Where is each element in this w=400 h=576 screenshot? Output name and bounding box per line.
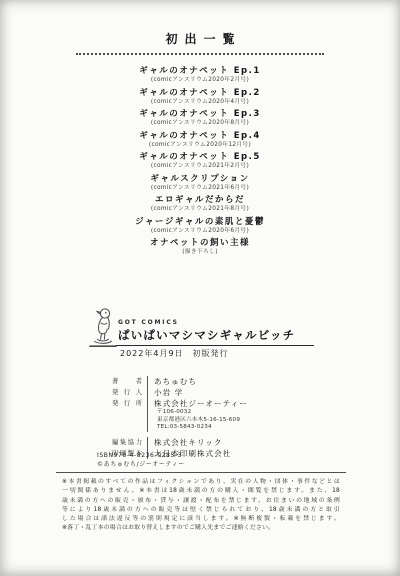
credit-subline: TEL:03-5843-0234 <box>154 424 248 432</box>
work-source: (comicアンスリウム2020年4月号) <box>0 98 400 106</box>
legal-text-line: 一切関係ありません。※本書は18歳未満の方の購入・閲覧を禁じます。また、18 <box>62 487 340 496</box>
list-item: ギャルのオナペット Ep.5 (comicアンスリウム2021年2月号) <box>0 152 400 170</box>
credit-value: 株式会社ジーオーティー <box>154 398 248 409</box>
dotted-divider <box>76 53 324 55</box>
isbn-number: ISBN978-4-8236-0285-3 <box>97 452 185 461</box>
work-title: ギャルのオナペット Ep.3 <box>0 109 400 119</box>
credit-sublines: 〒106-0032東京都港区六本木5-16-15-609TEL:03-5843-… <box>154 409 248 432</box>
legal-text-line: 歳未満の方への販売・頒布・貸与・譲渡・配布を禁じます。お住まいの地域の条例 <box>62 497 340 506</box>
legal-text-line: した場合は諸法違反等の罰則規定に該当します。※無断複製・転載を禁じます。 <box>62 515 340 524</box>
work-source: (comicアンスリウム2020年2月号) <box>0 76 400 84</box>
credit-value: あちゅむち <box>154 376 197 387</box>
legal-text-line: ※落丁・乱丁本の場合はお取り替えしますのでご購入先までご連絡ください。 <box>62 524 340 533</box>
credit-row: 発行所 株式会社ジーオーティー 〒106-0032東京都港区六本木5-16-15… <box>112 398 332 432</box>
list-item: エロギャルだからだ (comicアンスリウム2021年8月号) <box>0 195 400 213</box>
credit-label: 発行所 <box>112 398 142 409</box>
credit-value: 株式会社キリック <box>154 437 222 448</box>
colophon-page: 初出一覧 ギャルのオナペット Ep.1 (comicアンスリウム2020年2月号… <box>0 0 400 576</box>
work-title: ギャルのオナペット Ep.5 <box>0 152 400 162</box>
work-source: (comicアンスリウム2021年2月号) <box>0 162 400 170</box>
credit-row: 発行人 小岩 学 <box>112 387 332 398</box>
credit-subline: 東京都港区六本木5-16-15-609 <box>154 417 248 425</box>
list-item: ジャージギャルの素肌と憂鬱 (comicアンスリウム2020年6月号) <box>0 217 400 235</box>
work-title: ジャージギャルの素肌と憂鬱 <box>0 217 400 227</box>
credit-value: 小岩 学 <box>154 387 183 398</box>
first-publication-heading: 初出一覧 <box>0 30 400 47</box>
isbn-block: ISBN978-4-8236-0285-3 ©あちゅむち/ジーオーティー <box>97 452 185 469</box>
credit-label: 著者 <box>112 376 142 387</box>
work-title: ギャルのオナペット Ep.1 <box>0 66 400 76</box>
first-publication-list: ギャルのオナペット Ep.1 (comicアンスリウム2020年2月号) ギャル… <box>0 66 400 260</box>
work-source: (comicアンスリウム2020年6月号) <box>0 227 400 235</box>
list-item: ギャルのオナペット Ep.4 (comicアンスリウム2020年12月号) <box>0 131 400 149</box>
book-title: ぱいぱいマシマシギャルビッチ <box>118 327 338 343</box>
work-title: ギャルのオナペット Ep.4 <box>0 131 400 141</box>
list-item: ギャルのオナペット Ep.3 (comicアンスリウム2020年8月号) <box>0 109 400 127</box>
legal-text-line: ※本書掲載のすべての作品はフィクションであり、実在の人物・団体・事件などとは <box>62 478 340 487</box>
work-title: ギャルスクリプション <box>0 174 400 184</box>
legal-divider <box>56 472 346 473</box>
legal-text-line: 等により18歳未満の方への販売等は堅く禁じられており、18歳未満の方と取引 <box>62 506 340 515</box>
work-source: (comicアンスリウム2020年8月号) <box>0 119 400 127</box>
credit-value-column: 株式会社ジーオーティー 〒106-0032東京都港区六本木5-16-15-609… <box>147 398 248 432</box>
imprint-label: GOT COMICS <box>118 319 179 326</box>
credit-value-column: あちゅむち <box>147 376 197 387</box>
work-source: (comicアンスリウム2020年12月号) <box>0 141 400 149</box>
credit-label: 編集協力 <box>112 437 142 448</box>
list-item: ギャルのオナペット Ep.2 (comicアンスリウム2020年4月号) <box>0 88 400 106</box>
edition-date-line: 2022年4月9日 初版発行 <box>120 348 229 359</box>
copyright-line: ©あちゅむち/ジーオーティー <box>97 461 185 470</box>
credit-value-column: 株式会社キリック <box>147 437 222 448</box>
credit-label: 発行人 <box>112 387 142 398</box>
work-title: エロギャルだからだ <box>0 195 400 205</box>
credit-value-column: 小岩 学 <box>147 387 183 398</box>
work-title: ギャルのオナペット Ep.2 <box>0 88 400 98</box>
got-mascot-bird-icon <box>88 306 118 348</box>
legal-notice: ※本書掲載のすべての作品はフィクションであり、実在の人物・団体・事件などとは 一… <box>62 478 340 534</box>
credit-row: 著者 あちゅむち <box>112 376 332 387</box>
work-title: オナペットの飼い主様 <box>0 238 400 248</box>
list-item: オナペットの飼い主様 (描き下ろし) <box>0 238 400 256</box>
work-source: (comicアンスリウム2021年6月号) <box>0 184 400 192</box>
list-item: ギャルスクリプション (comicアンスリウム2021年6月号) <box>0 174 400 192</box>
credit-row: 編集協力 株式会社キリック <box>112 437 332 448</box>
title-underline <box>116 345 314 346</box>
work-source: (comicアンスリウム2021年8月号) <box>0 205 400 213</box>
work-source: (描き下ろし) <box>0 248 400 256</box>
list-item: ギャルのオナペット Ep.1 (comicアンスリウム2020年2月号) <box>0 66 400 84</box>
credit-subline: 〒106-0032 <box>154 409 248 417</box>
credits-table: 著者 あちゅむち 発行人 小岩 学 発行所 株式会社ジーオーティー 〒106- <box>112 376 332 459</box>
